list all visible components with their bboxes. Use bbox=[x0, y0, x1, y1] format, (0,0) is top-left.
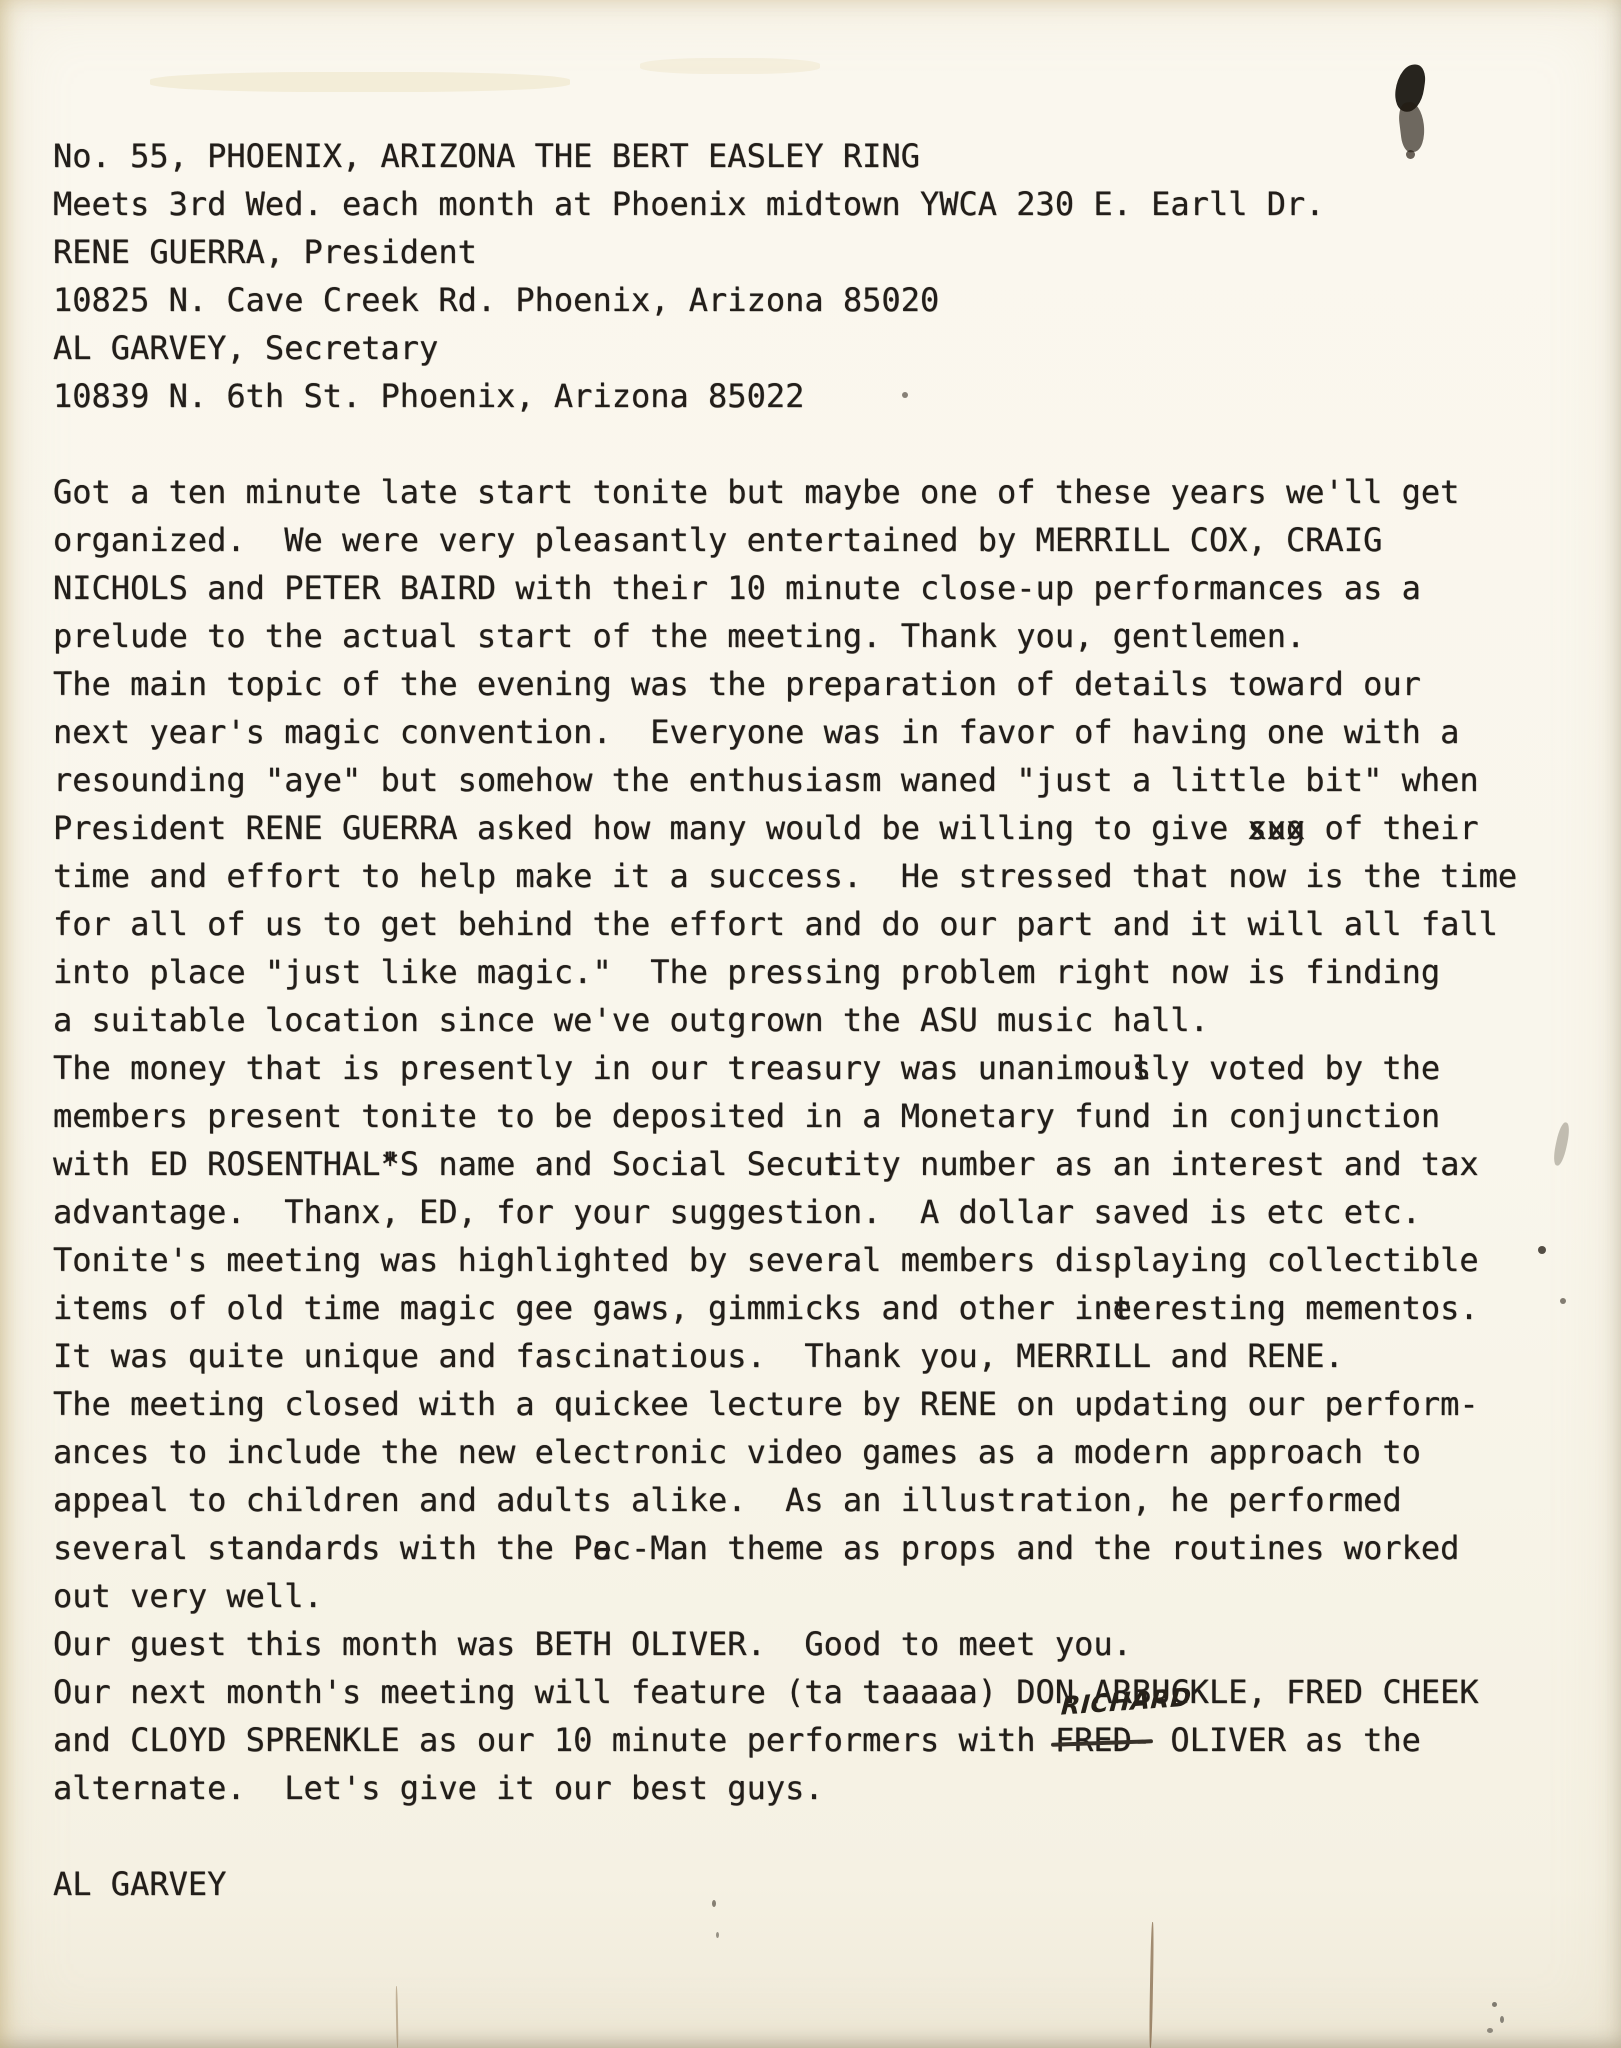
text-run: advantage. Thanx, ED, for your suggestio… bbox=[53, 1193, 1421, 1231]
typewriter-overstrike-correction: " bbox=[381, 1140, 400, 1188]
ink-speck bbox=[1492, 2002, 1497, 2007]
text-run: time and effort to help make it a succes… bbox=[53, 857, 1517, 895]
text-line: into place "just like magic." The pressi… bbox=[53, 948, 1517, 996]
text-run: resounding "aye" but somehow the enthusi… bbox=[53, 761, 1479, 799]
ink-speck bbox=[1500, 2016, 1504, 2023]
text-run: AL GARVEY bbox=[53, 1865, 226, 1903]
text-run: OLIVER as the bbox=[1151, 1721, 1421, 1759]
text-line: organized. We were very pleasantly enter… bbox=[53, 516, 1517, 564]
ink-speck bbox=[1406, 150, 1415, 159]
text-line: alternate. Let's give it our best guys. bbox=[53, 1764, 1517, 1812]
text-line: Our guest this month was BETH OLIVER. Go… bbox=[53, 1620, 1517, 1668]
paper-crease bbox=[395, 1986, 398, 2048]
text-run: Meets 3rd Wed. each month at Phoenix mid… bbox=[53, 185, 1325, 223]
text-run: prelude to the actual start of the meeti… bbox=[53, 617, 1305, 655]
text-line: RENE GUERRA, President bbox=[53, 228, 1517, 276]
text-run: NICHOLS and PETER BAIRD with their 10 mi… bbox=[53, 569, 1421, 607]
text-run: members present tonite to be deposited i… bbox=[53, 1097, 1440, 1135]
text-run: several standards with the P bbox=[53, 1529, 592, 1567]
typewriter-overstrike-correction: a bbox=[592, 1524, 611, 1572]
paper-crease bbox=[1149, 1922, 1154, 2048]
text-run: RENE GUERRA, President bbox=[53, 233, 477, 271]
text-line: The meeting closed with a quickee lectur… bbox=[53, 1380, 1517, 1428]
text-line: with ED ROSENTHAL"S name and Social Secu… bbox=[53, 1140, 1517, 1188]
text-line: Tonite's meeting was highlighted by seve… bbox=[53, 1236, 1517, 1284]
text-line: time and effort to help make it a succes… bbox=[53, 852, 1517, 900]
text-run: ly voted by the bbox=[1151, 1049, 1440, 1087]
text-line: The money that is presently in our treas… bbox=[53, 1044, 1517, 1092]
text-line: ances to include the new electronic vide… bbox=[53, 1428, 1517, 1476]
paper-stain bbox=[150, 72, 570, 92]
text-line: Meets 3rd Wed. each month at Phoenix mid… bbox=[53, 180, 1517, 228]
text-run: with ED ROSENTHAL bbox=[53, 1145, 381, 1183]
text-run: Got a ten minute late start tonite but m… bbox=[53, 473, 1459, 511]
typewriter-overstrike-correction: sug bbox=[1247, 804, 1305, 852]
text-line: Our next month's meeting will feature (t… bbox=[53, 1668, 1517, 1716]
text-line: for all of us to get behind the effort a… bbox=[53, 900, 1517, 948]
text-line: members present tonite to be deposited i… bbox=[53, 1092, 1517, 1140]
ink-speck bbox=[1560, 1298, 1566, 1304]
text-run: Tonite's meeting was highlighted by seve… bbox=[53, 1241, 1479, 1279]
text-line: AL GARVEY, Secretary bbox=[53, 324, 1517, 372]
text-run: items of old time magic gee gaws, gimmic… bbox=[53, 1289, 1113, 1327]
typewritten-text-column: No. 55, PHOENIX, ARIZONA THE BERT EASLEY… bbox=[53, 132, 1517, 1908]
text-run: The money that is presently in our treas… bbox=[53, 1049, 1132, 1087]
text-run: ity number as an interest and tax bbox=[843, 1145, 1479, 1183]
ink-speck bbox=[712, 1900, 716, 1907]
text-line: AL GARVEY bbox=[53, 1860, 1517, 1908]
text-line bbox=[53, 420, 1517, 468]
typewriter-overstrike-correction: t bbox=[1113, 1284, 1132, 1332]
scanned-page: No. 55, PHOENIX, ARIZONA THE BERT EASLEY… bbox=[0, 0, 1621, 2048]
text-line: 10825 N. Cave Creek Rd. Phoenix, Arizona… bbox=[53, 276, 1517, 324]
ink-speck bbox=[716, 1932, 719, 1938]
text-line: President RENE GUERRA asked how many wou… bbox=[53, 804, 1517, 852]
text-line: items of old time magic gee gaws, gimmic… bbox=[53, 1284, 1517, 1332]
text-run: c-Man theme as props and the routines wo… bbox=[612, 1529, 1460, 1567]
text-line: advantage. Thanx, ED, for your suggestio… bbox=[53, 1188, 1517, 1236]
text-line: No. 55, PHOENIX, ARIZONA THE BERT EASLEY… bbox=[53, 132, 1517, 180]
paper-stain bbox=[640, 58, 820, 74]
text-run: into place "just like magic." The pressi… bbox=[53, 953, 1440, 991]
text-line: resounding "aye" but somehow the enthusi… bbox=[53, 756, 1517, 804]
text-line: a suitable location since we've outgrown… bbox=[53, 996, 1517, 1044]
text-run: of their bbox=[1305, 809, 1478, 847]
text-run: The main topic of the evening was the pr… bbox=[53, 665, 1421, 703]
text-run: ances to include the new electronic vide… bbox=[53, 1433, 1421, 1471]
text-run: 10825 N. Cave Creek Rd. Phoenix, Arizona… bbox=[53, 281, 939, 319]
text-run: No. 55, PHOENIX, ARIZONA THE BERT EASLEY… bbox=[53, 137, 920, 175]
text-run: out very well. bbox=[53, 1577, 323, 1615]
text-run: S name and Social Secu bbox=[400, 1145, 824, 1183]
text-line: appeal to children and adults alike. As … bbox=[53, 1476, 1517, 1524]
typewriter-overstrike-correction: t bbox=[824, 1140, 843, 1188]
text-run: appeal to children and adults alike. As … bbox=[53, 1481, 1402, 1519]
text-run: organized. We were very pleasantly enter… bbox=[53, 521, 1382, 559]
text-run: next year's magic convention. Everyone w… bbox=[53, 713, 1459, 751]
text-run: AL GARVEY, Secretary bbox=[53, 329, 438, 367]
text-line: Got a ten minute late start tonite but m… bbox=[53, 468, 1517, 516]
ink-speck bbox=[1538, 1246, 1546, 1254]
text-line: several standards with the Pac-Man theme… bbox=[53, 1524, 1517, 1572]
text-run: and CLOYD SPRENKLE as our 10 minute perf… bbox=[53, 1721, 1055, 1759]
text-run: Our next month's meeting will feature (t… bbox=[53, 1673, 1479, 1711]
text-run: The meeting closed with a quickee lectur… bbox=[53, 1385, 1479, 1423]
text-line: 10839 N. 6th St. Phoenix, Arizona 85022 bbox=[53, 372, 1517, 420]
pen-struck-word: FRED-RICHARD bbox=[1055, 1716, 1151, 1764]
text-run: 10839 N. 6th St. Phoenix, Arizona 85022 bbox=[53, 377, 804, 415]
text-line: The main topic of the evening was the pr… bbox=[53, 660, 1517, 708]
text-line bbox=[53, 1812, 1517, 1860]
ink-speck bbox=[1487, 2028, 1493, 2033]
text-run: alternate. Let's give it our best guys. bbox=[53, 1769, 824, 1807]
text-run: It was quite unique and fascinatious. Th… bbox=[53, 1337, 1344, 1375]
text-line: NICHOLS and PETER BAIRD with their 10 mi… bbox=[53, 564, 1517, 612]
pencil-smudge bbox=[1552, 1121, 1572, 1166]
text-run: eresting mementos. bbox=[1132, 1289, 1479, 1327]
text-run: for all of us to get behind the effort a… bbox=[53, 905, 1498, 943]
text-line: It was quite unique and fascinatious. Th… bbox=[53, 1332, 1517, 1380]
text-line: out very well. bbox=[53, 1572, 1517, 1620]
typewriter-overstrike-correction: s bbox=[1132, 1044, 1151, 1092]
text-run: Our guest this month was BETH OLIVER. Go… bbox=[53, 1625, 1132, 1663]
text-run: President RENE GUERRA asked how many wou… bbox=[53, 809, 1247, 847]
text-line: and CLOYD SPRENKLE as our 10 minute perf… bbox=[53, 1716, 1517, 1764]
ink-speck bbox=[902, 392, 908, 398]
text-run: a suitable location since we've outgrown… bbox=[53, 1001, 1209, 1039]
text-line: next year's magic convention. Everyone w… bbox=[53, 708, 1517, 756]
text-line: prelude to the actual start of the meeti… bbox=[53, 612, 1517, 660]
